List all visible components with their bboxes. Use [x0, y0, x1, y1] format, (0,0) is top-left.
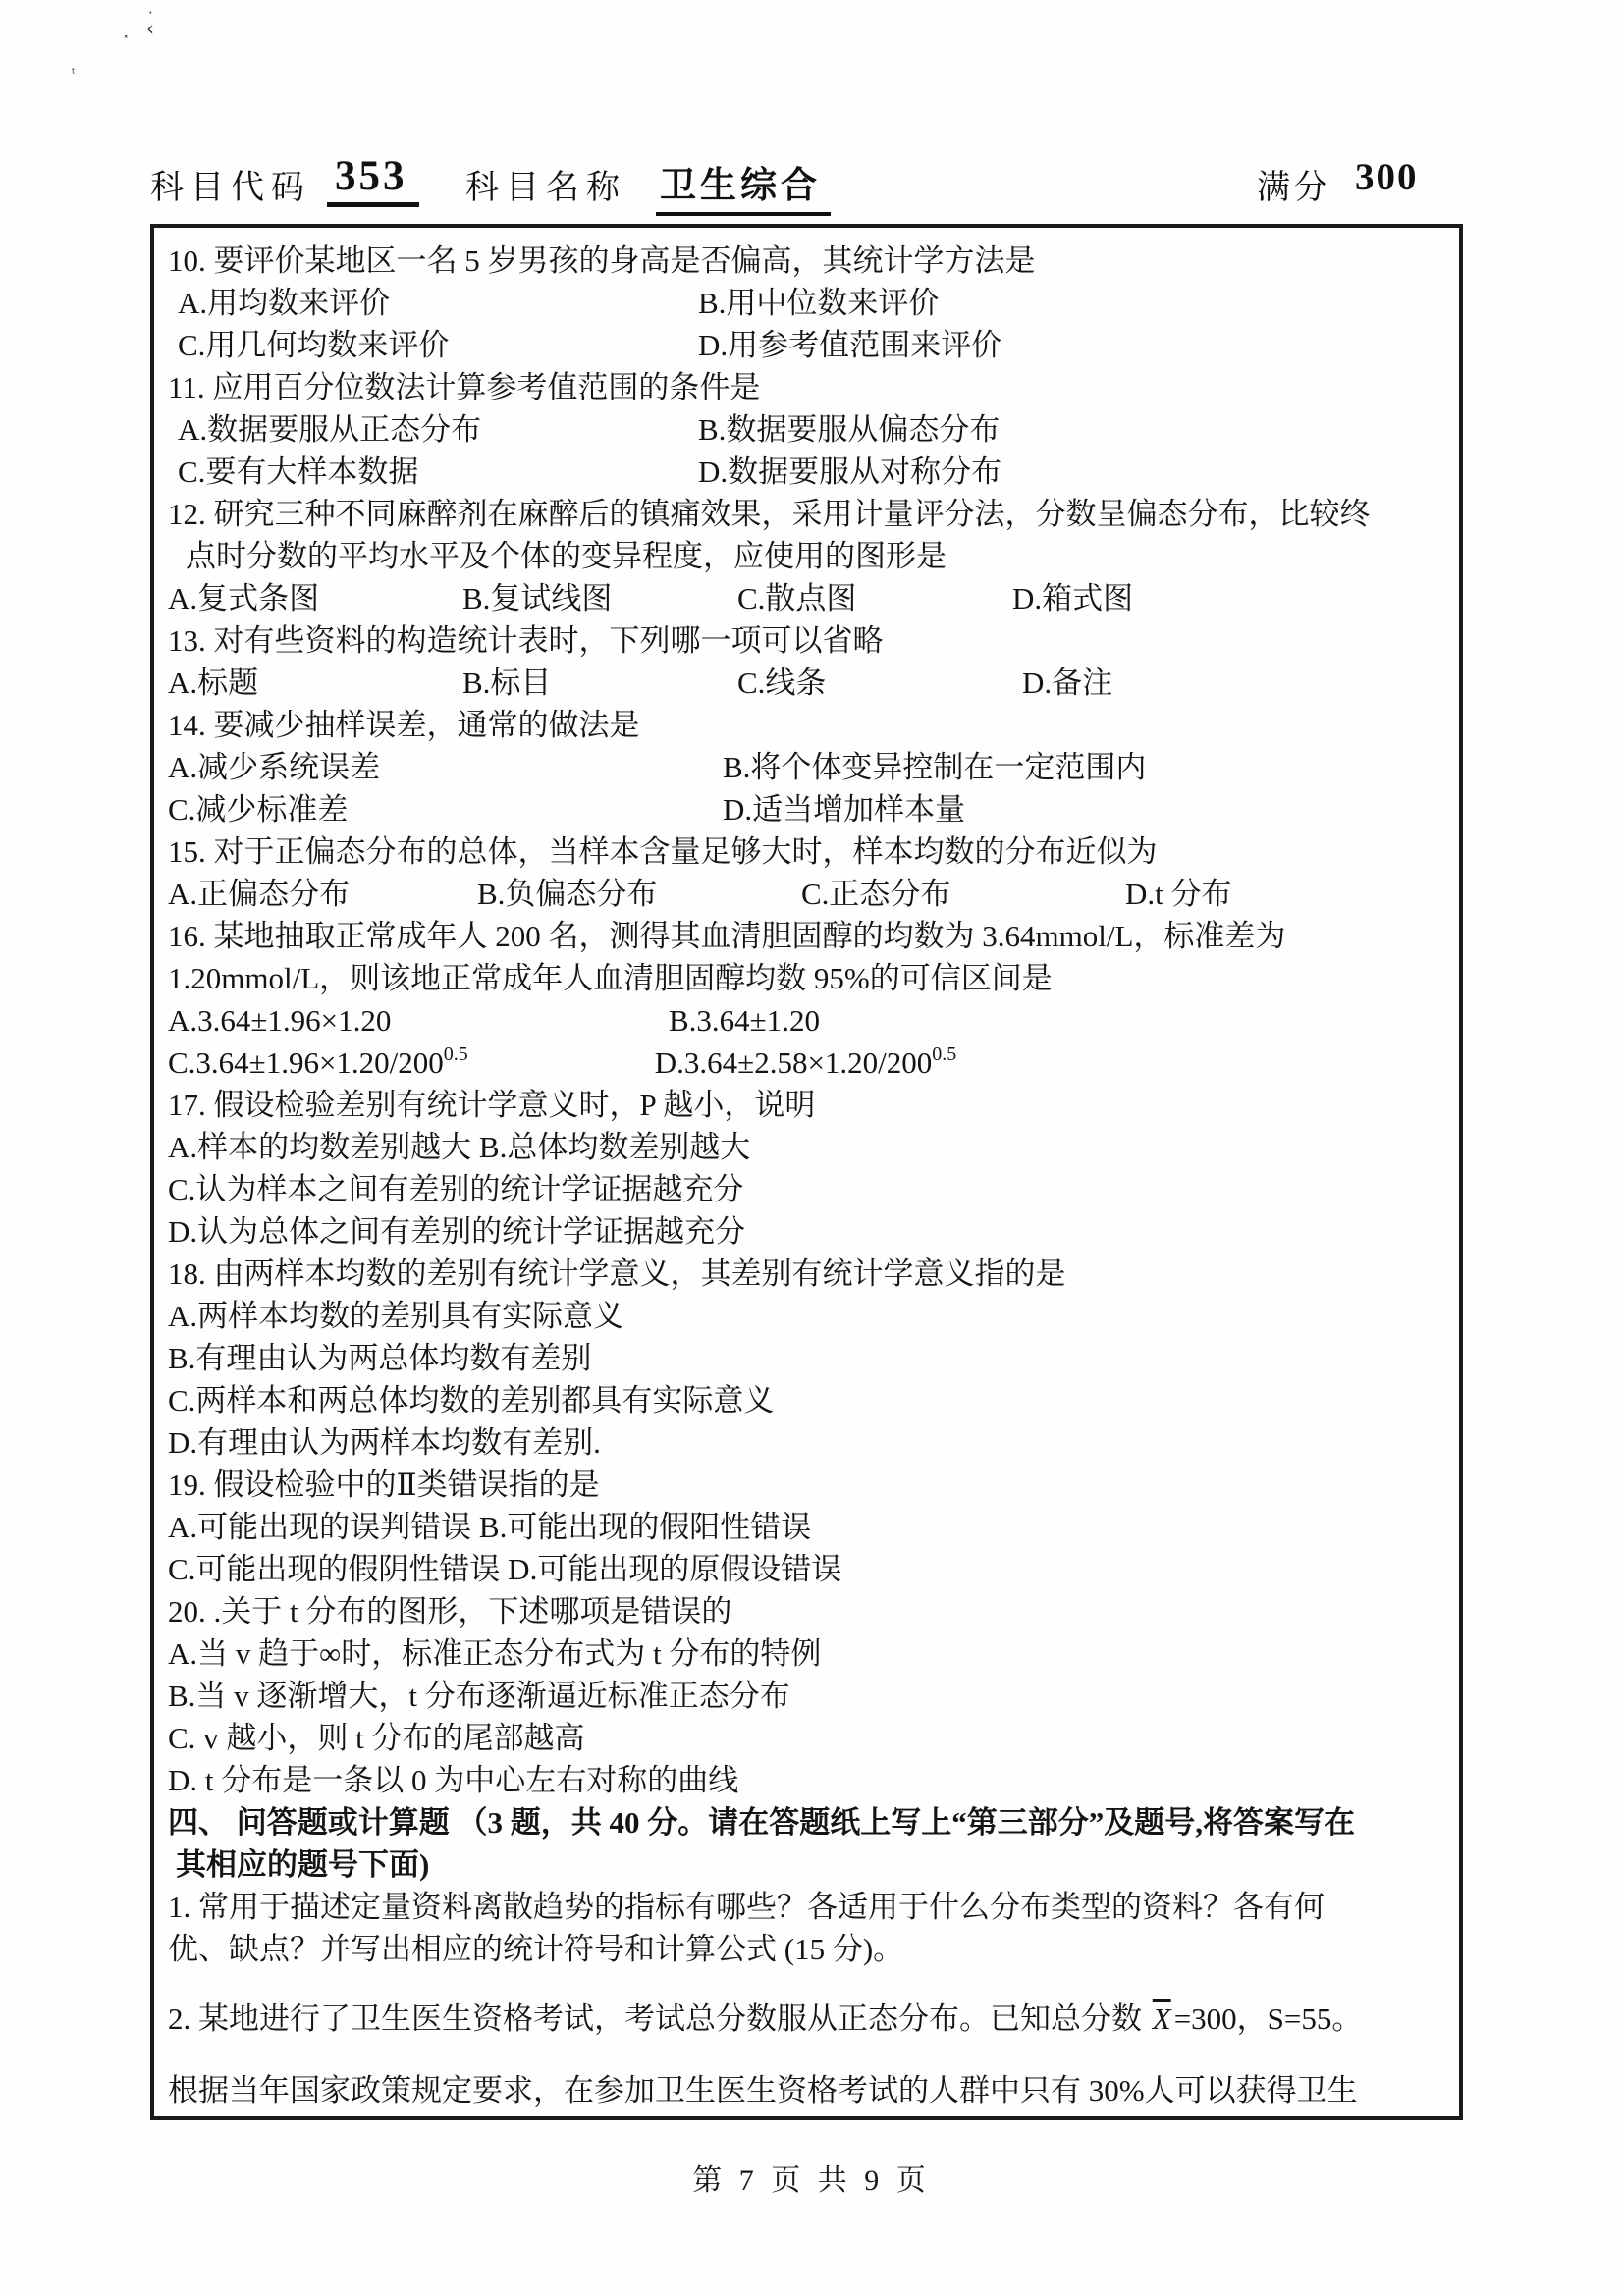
text-segment: C.正态分布 [801, 873, 1125, 915]
text-segment: A.当 v 趋于∞时，标准正态分布式为 t 分布的特例 [168, 1636, 821, 1671]
text-segment: C.线条 [737, 662, 1022, 704]
text-segment: C.要有大样本数据 [178, 451, 698, 493]
text-segment: 13. 对有些资料的构造统计表时，下列哪一项可以省略 [168, 623, 884, 658]
text-segment: A.样本的均数差别越大 B.总体均数差别越大 [168, 1130, 750, 1164]
text-line: A.减少系统误差B.将个体变异控制在一定范围内 [168, 746, 1453, 788]
text-line: C.3.64±1.96×1.20/2000.5D.3.64±2.58×1.20/… [168, 1041, 1453, 1084]
text-segment: C.散点图 [737, 577, 1012, 619]
text-segment: 1.20mmol/L，则该地正常成年人血清胆固醇均数 95%的可信区间是 [168, 961, 1053, 995]
text-segment: C. v 越小，则 t 分布的尾部越高 [168, 1721, 585, 1755]
subject-name-value: 卫生综合 [656, 155, 831, 216]
text-segment: D.适当增加样本量 [723, 792, 965, 827]
text-segment: B.负偏态分布 [477, 873, 801, 915]
text-segment: C.两样本和两总体均数的差别都具有实际意义 [168, 1383, 774, 1417]
text-line: A.3.64±1.96×1.20B.3.64±1.20 [168, 999, 1453, 1041]
text-segment: 11. 应用百分位数法计算参考值范围的条件是 [168, 370, 760, 404]
text-line: 2. 某地进行了卫生医生资格考试，考试总分数服从正态分布。已知总分数 X=300… [168, 1998, 1453, 2040]
text-segment: 16. 某地抽取正常成年人 200 名，测得其血清胆固醇的均数为 3.64mmo… [168, 919, 1285, 953]
scan-artifact: ᵗ [72, 67, 76, 81]
text-segment: B.标目 [462, 662, 737, 704]
text-line: 11. 应用百分位数法计算参考值范围的条件是 [168, 366, 1453, 408]
superscript: 0.5 [444, 1043, 468, 1065]
subject-code-label: 科目代码 [150, 160, 311, 208]
text-segment: A.3.64±1.96×1.20 [168, 999, 669, 1041]
text-segment: D.用参考值范围来评价 [698, 328, 1001, 362]
text-segment: C.3.64±1.96×1.20/200 [168, 1045, 444, 1080]
text-segment: A.数据要服从正态分布 [178, 408, 698, 451]
text-line: A.当 v 趋于∞时，标准正态分布式为 t 分布的特例 [168, 1632, 1453, 1675]
text-segment: D.3.64±2.58×1.20/200 [655, 1045, 933, 1080]
mean-symbol: X [1150, 2002, 1174, 2036]
text-line: 其相应的题号下面) [168, 1843, 1453, 1886]
text-line: A.数据要服从正态分布B.数据要服从偏态分布 [168, 408, 1453, 451]
text-segment: A.标题 [168, 662, 462, 704]
text-line: C.可能出现的假阴性错误 D.可能出现的原假设错误 [168, 1548, 1453, 1590]
text-line: C.两样本和两总体均数的差别都具有实际意义 [168, 1379, 1453, 1421]
text-line: D.认为总体之间有差别的统计学证据越充分 [168, 1210, 1453, 1253]
text-segment: 1. 常用于描述定量资料离散趋势的指标有哪些？各适用于什么分布类型的资料？各有何 [168, 1890, 1325, 1924]
text-line: D. t 分布是一条以 0 为中心左右对称的曲线 [168, 1759, 1453, 1801]
text-segment: B.用中位数来评价 [698, 286, 939, 320]
text-segment: B.复试线图 [462, 577, 737, 619]
full-score-label: 满分 [1257, 160, 1331, 208]
subject-code-value: 353 [327, 152, 419, 207]
text-segment: 四、 问答题或计算题 （3 题，共 40 分。请在答题纸上写上“第三部分”及题号… [168, 1805, 1355, 1840]
text-segment: D. t 分布是一条以 0 为中心左右对称的曲线 [168, 1763, 738, 1797]
text-segment: B.将个体变异控制在一定范围内 [723, 750, 1146, 784]
text-segment: A.复式条图 [168, 577, 462, 619]
text-line: 16. 某地抽取正常成年人 200 名，测得其血清胆固醇的均数为 3.64mmo… [168, 915, 1453, 957]
text-segment: 15. 对于正偏态分布的总体，当样本含量足够大时，样本均数的分布近似为 [168, 834, 1158, 869]
superscript: 0.5 [932, 1043, 956, 1065]
text-segment: 10. 要评价某地区一名 5 岁男孩的身高是否偏高，其统计学方法是 [168, 243, 1036, 278]
text-line: 15. 对于正偏态分布的总体，当样本含量足够大时，样本均数的分布近似为 [168, 830, 1453, 873]
text-line: 根据当年国家政策规定要求，在参加卫生医生资格考试的人群中只有 30%人可以获得卫… [168, 2069, 1453, 2111]
text-segment: A.可能出现的误判错误 B.可能出现的假阳性错误 [168, 1510, 811, 1544]
text-segment: 12. 研究三种不同麻醉剂在麻醉后的镇痛效果，采用计量评分法，分数呈偏态分布，比… [168, 497, 1371, 531]
text-line: 优、缺点？并写出相应的统计符号和计算公式 (15 分)。 [168, 1928, 1453, 1970]
text-line: C.减少标准差D.适当增加样本量 [168, 788, 1453, 830]
text-segment: 2. 某地进行了卫生医生资格考试，考试总分数服从正态分布。已知总分数 [168, 2002, 1150, 2036]
text-segment: 18. 由两样本均数的差别有统计学意义，其差别有统计学意义指的是 [168, 1256, 1066, 1291]
text-line: B.当 v 逐渐增大，t 分布逐渐逼近标准正态分布 [168, 1675, 1453, 1717]
text-line: A.样本的均数差别越大 B.总体均数差别越大 [168, 1126, 1453, 1168]
text-line: 1.20mmol/L，则该地正常成年人血清胆固醇均数 95%的可信区间是 [168, 957, 1453, 999]
text-line: A.两样本均数的差别具有实际意义 [168, 1295, 1453, 1337]
text-segment: B.3.64±1.20 [669, 1003, 820, 1038]
question-box: 10. 要评价某地区一名 5 岁男孩的身高是否偏高，其统计学方法是A.用均数来评… [150, 224, 1463, 2120]
text-segment: B.有理由认为两总体均数有差别 [168, 1341, 591, 1375]
text-line: 14. 要减少抽样误差，通常的做法是 [168, 704, 1453, 746]
subject-name-label: 科目名称 [465, 160, 626, 208]
text-line: 四、 问答题或计算题 （3 题，共 40 分。请在答题纸上写上“第三部分”及题号… [168, 1801, 1453, 1843]
text-line: C.用几何均数来评价D.用参考值范围来评价 [168, 324, 1453, 366]
scan-artifact: ‹ [146, 17, 154, 40]
text-segment: 点时分数的平均水平及个体的变异程度，应使用的图形是 [186, 539, 947, 573]
text-segment: 优、缺点？并写出相应的统计符号和计算公式 (15 分)。 [168, 1932, 903, 1966]
text-segment: D.数据要服从对称分布 [698, 454, 1001, 489]
text-line: 1. 常用于描述定量资料离散趋势的指标有哪些？各适用于什么分布类型的资料？各有何 [168, 1886, 1453, 1928]
text-line: A.用均数来评价B.用中位数来评价 [168, 282, 1453, 324]
text-segment: A.用均数来评价 [178, 282, 698, 324]
text-segment: 17. 假设检验差别有统计学意义时，P 越小，说明 [168, 1088, 815, 1122]
text-line: 10. 要评价某地区一名 5 岁男孩的身高是否偏高，其统计学方法是 [168, 240, 1453, 282]
text-segment: 根据当年国家政策规定要求，在参加卫生医生资格考试的人群中只有 30%人可以获得卫… [168, 2073, 1358, 2108]
text-line: A.复式条图B.复试线图C.散点图D.箱式图 [168, 577, 1453, 619]
text-line: B.有理由认为两总体均数有差别 [168, 1337, 1453, 1379]
text-segment: =300，S=55。 [1174, 2002, 1363, 2036]
text-line: A.标题B.标目C.线条D.备注 [168, 662, 1453, 704]
text-line: 12. 研究三种不同麻醉剂在麻醉后的镇痛效果，采用计量评分法，分数呈偏态分布，比… [168, 493, 1453, 535]
text-segment: 19. 假设检验中的Ⅱ类错误指的是 [168, 1468, 600, 1502]
text-segment: D.有理由认为两样本均数有差别. [168, 1425, 601, 1460]
text-segment: A.两样本均数的差别具有实际意义 [168, 1299, 623, 1333]
text-segment: C.可能出现的假阴性错误 D.可能出现的原假设错误 [168, 1552, 841, 1586]
full-score-value: 300 [1355, 155, 1419, 199]
text-line: 13. 对有些资料的构造统计表时，下列哪一项可以省略 [168, 619, 1453, 662]
text-segment: B.数据要服从偏态分布 [698, 412, 1000, 447]
text-segment: 其相应的题号下面) [176, 1847, 429, 1882]
text-line: 18. 由两样本均数的差别有统计学意义，其差别有统计学意义指的是 [168, 1253, 1453, 1295]
text-segment: C.用几何均数来评价 [178, 324, 698, 366]
text-segment: 20. .关于 t 分布的图形，下述哪项是错误的 [168, 1594, 731, 1629]
text-line: C.认为样本之间有差别的统计学证据越充分 [168, 1168, 1453, 1210]
text-segment: D.备注 [1022, 666, 1112, 700]
text-line: 点时分数的平均水平及个体的变异程度，应使用的图形是 [168, 535, 1453, 577]
text-segment: 14. 要减少抽样误差，通常的做法是 [168, 708, 640, 742]
page-footer: 第 7 页 共 9 页 [0, 2156, 1623, 2199]
text-segment: A.正偏态分布 [168, 873, 477, 915]
text-line: A.正偏态分布B.负偏态分布C.正态分布D.t 分布 [168, 873, 1453, 915]
text-line: C.要有大样本数据D.数据要服从对称分布 [168, 451, 1453, 493]
text-line: C. v 越小，则 t 分布的尾部越高 [168, 1717, 1453, 1759]
text-segment: C.认为样本之间有差别的统计学证据越充分 [168, 1172, 743, 1206]
text-segment: D.认为总体之间有差别的统计学证据越充分 [168, 1214, 745, 1249]
text-line: 20. .关于 t 分布的图形，下述哪项是错误的 [168, 1590, 1453, 1632]
scan-artifact: ˟ [123, 35, 130, 50]
text-line: A.可能出现的误判错误 B.可能出现的假阳性错误 [168, 1506, 1453, 1548]
text-segment: C.减少标准差 [168, 788, 723, 830]
text-line: D.有理由认为两样本均数有差别. [168, 1421, 1453, 1464]
text-line: 17. 假设检验差别有统计学意义时，P 越小，说明 [168, 1084, 1453, 1126]
text-segment: A.减少系统误差 [168, 746, 723, 788]
exam-page: · ‹ ˟ ᵗ 科目代码 353 科目名称 卫生综合 满分 300 10. 要评… [0, 0, 1623, 2296]
text-line: 19. 假设检验中的Ⅱ类错误指的是 [168, 1464, 1453, 1506]
text-segment: D.箱式图 [1012, 581, 1133, 615]
text-segment: B.当 v 逐渐增大，t 分布逐渐逼近标准正态分布 [168, 1679, 790, 1713]
text-segment: D.t 分布 [1125, 877, 1232, 911]
